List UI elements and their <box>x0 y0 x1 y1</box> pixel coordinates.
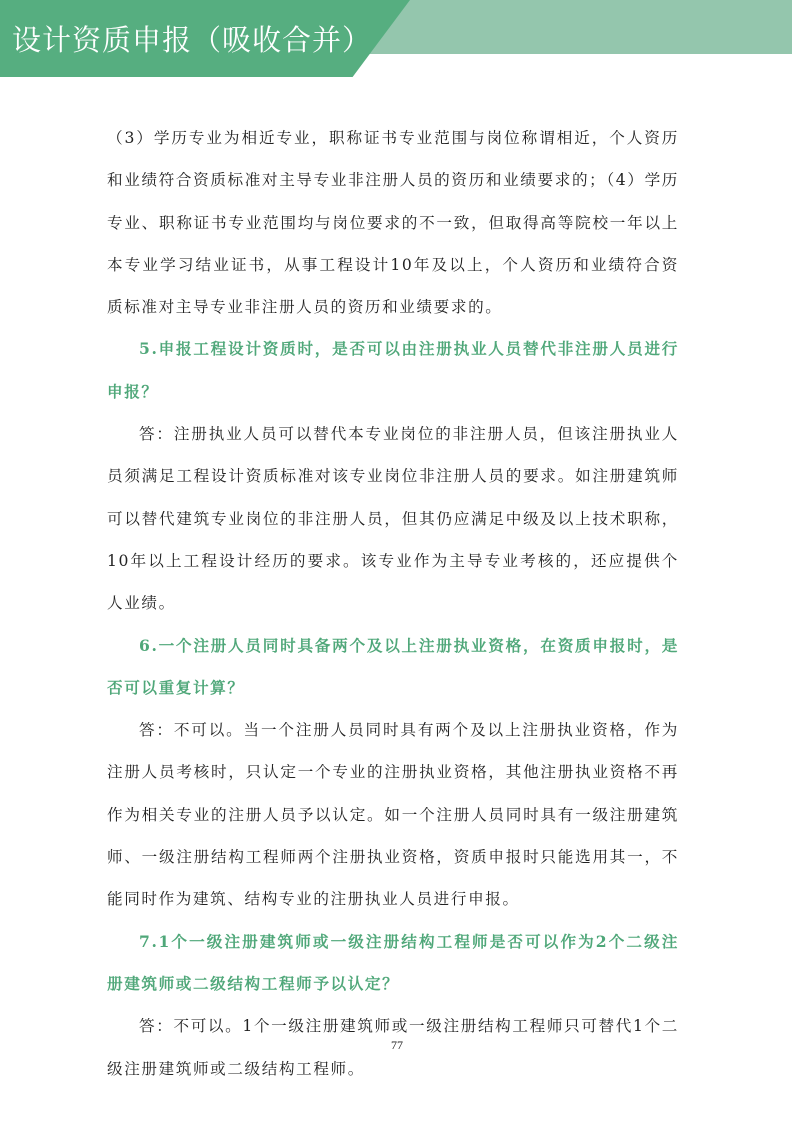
answer-6: 答：不可以。当一个注册人员同时具有两个及以上注册执业资格，作为注册人员考核时，只… <box>107 709 679 920</box>
question-6: 6.一个注册人员同时具备两个及以上注册执业资格，在资质申报时，是否可以重复计算？ <box>107 625 679 710</box>
answer-5: 答：注册执业人员可以替代本专业岗位的非注册人员，但该注册执业人员须满足工程设计资… <box>107 413 679 624</box>
paragraph-continuation: （3）学历专业为相近专业，职称证书专业范围与岗位称谓相近，个人资历和业绩符合资质… <box>107 117 679 328</box>
document-body: （3）学历专业为相近专业，职称证书专业范围与岗位称谓相近，个人资历和业绩符合资质… <box>107 117 679 1090</box>
question-5: 5.申报工程设计资质时，是否可以由注册执业人员替代非注册人员进行申报？ <box>107 328 679 413</box>
header-banner: 设计资质申报（吸收合并） <box>0 0 794 78</box>
question-7: 7.1个一级注册建筑师或一级注册结构工程师是否可以作为2个二级注册建筑师或二级结… <box>107 921 679 1006</box>
page-number: 77 <box>0 1038 794 1053</box>
section-title: 设计资质申报（吸收合并） <box>12 18 372 59</box>
